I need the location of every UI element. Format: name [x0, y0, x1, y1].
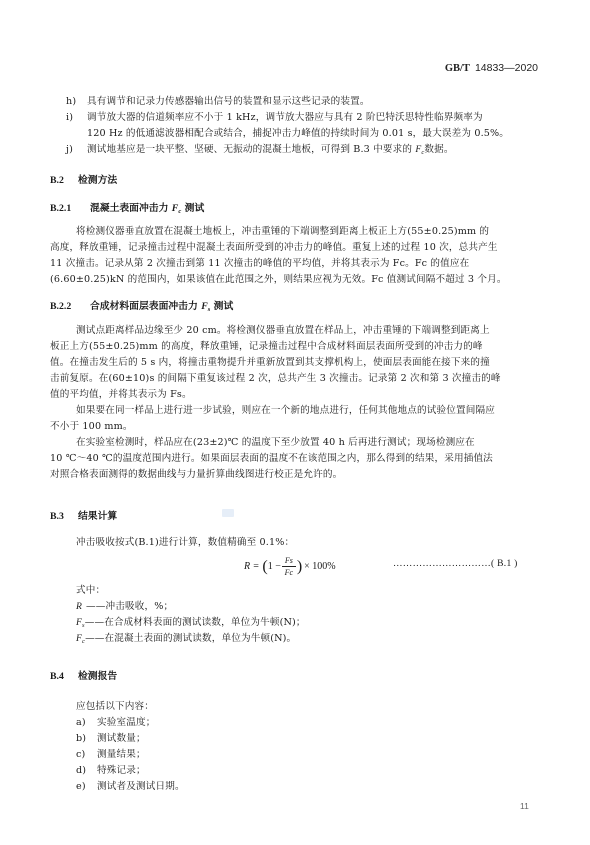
item-label: i) — [66, 112, 87, 124]
item-label: a) — [76, 717, 97, 729]
paragraph-line: 11 次撞击。记录从第 2 次撞击到第 11 次撞击的峰值的平均值，并将其表示为… — [50, 258, 469, 270]
equation-number: …………………………( B.1 ) — [393, 559, 518, 569]
section-number: B.4 — [50, 671, 78, 682]
list-item-j: j)测试地基应是一块平整、坚硬、无振动的混凝土地板，可得到 B.3 中要求的 F… — [66, 144, 454, 159]
formula-rhs: × 100% — [304, 561, 335, 572]
watermark-logo-icon — [222, 509, 234, 517]
standard-number: 14833—2020 — [475, 62, 538, 74]
numerator: Fs — [285, 556, 293, 565]
paragraph-line: 高度，释放重锤，记录撞击过程中混凝土表面所受到的冲击力的峰值。重复上述的过程 1… — [50, 242, 498, 254]
section-title: 合成材料面层表面冲击力 — [90, 301, 201, 312]
item-text: 特殊记录； — [97, 765, 146, 776]
fraction: Fs Fc — [282, 556, 296, 577]
formula-one: 1 − — [268, 561, 281, 572]
formula-lhs: R = — [244, 561, 259, 572]
list-item-i-cont: 120 Hz 的低通滤波器相配合或结合，捕捉冲击力峰值的持续时间为 0.01 s… — [87, 128, 509, 140]
report-item-a: a)实验室温度； — [76, 717, 155, 729]
item-text: 测量结果； — [97, 749, 146, 760]
section-heading-b4: B.4检测报告 — [50, 668, 117, 682]
section-title: 混凝土表面冲击力 — [90, 203, 172, 214]
section-heading-b21: B.2.1混凝土表面冲击力 Fc 测试 — [50, 200, 204, 215]
paragraph-line: 板正上方(55±0.25)mm 的高度，释放重锤，记录撞击过程中合成材料面层表面… — [50, 341, 483, 353]
paragraph-line: (6.60±0.25)kN 的范围内，如果该值在此范围之外，则结果应视为无效。F… — [50, 274, 507, 286]
symbol: R — [76, 601, 82, 612]
fraction-bar — [282, 566, 296, 567]
denominator: Fc — [285, 568, 293, 577]
item-text: 具有调节和记录力传感器输出信号的装置和显示这些记录的装置。 — [87, 96, 370, 107]
section-number: B.2.1 — [50, 203, 90, 214]
standard-prefix: GB/T — [445, 63, 470, 74]
right-paren: ) — [297, 559, 302, 575]
report-item-c: c)测量结果； — [76, 749, 146, 761]
item-text: 测试者及测试日期。 — [97, 781, 185, 792]
report-item-d: d)特殊记录； — [76, 765, 146, 777]
paragraph-line: 将检测仪器垂直放置在混凝土地板上，冲击重锤的下端调整到距离上板正上方(55±0.… — [76, 226, 489, 238]
definition: ——在混凝土表面的测试读数，单位为牛顿(N)。 — [85, 633, 296, 644]
definition: ——冲击吸收，%； — [86, 601, 173, 612]
item-label: e) — [76, 781, 97, 793]
item-text: 实验室温度； — [97, 717, 155, 728]
formula-intro: 冲击吸收按式(B.1)进行计算，数值精确至 0.1%： — [76, 537, 294, 549]
section-title: 检测方法 — [78, 175, 117, 186]
paragraph-line: 值的平均值，并将其表示为 Fs。 — [50, 389, 192, 401]
item-text: 测试数量； — [97, 733, 146, 744]
section-number: B.2 — [50, 175, 78, 186]
paragraph-line: 对照合格表面测得的数据曲线与力量折算曲线图进行校正是允许的。 — [50, 469, 342, 481]
section-title: 检测报告 — [78, 671, 117, 682]
paragraph-line: 如果要在同一样品上进行进一步试验，则应在一个新的地点进行，任何其他地点的试验位置… — [76, 405, 495, 417]
report-item-b: b)测试数量； — [76, 733, 146, 745]
document-page: GB/T14833—2020 h)具有调节和记录力传感器输出信号的装置和显示这些… — [0, 0, 590, 845]
section-heading-b2: B.2检测方法 — [50, 172, 117, 186]
variable-def-fc: Fc——在混凝土表面的测试读数，单位为牛顿(N)。 — [76, 633, 296, 648]
page-number: 11 — [520, 801, 529, 811]
formula-b1: R = ( 1 − Fs Fc ) × 100% — [244, 556, 336, 577]
item-label: j) — [66, 144, 87, 156]
where-label: 式中： — [76, 585, 105, 597]
section-title-end: 测试 — [210, 301, 233, 312]
paragraph-line: 不小于 100 mm。 — [50, 421, 133, 433]
report-item-e: e)测试者及测试日期。 — [76, 781, 185, 793]
item-label: d) — [76, 765, 97, 777]
section-title-end: 测试 — [181, 203, 204, 214]
paragraph-line: 击前复原。在(60±10)s 的间隔下重复该过程 2 次，总共产生 3 次撞击。… — [50, 373, 501, 385]
section-number: B.3 — [50, 511, 78, 522]
section-number: B.2.2 — [50, 301, 90, 312]
list-item-h: h)具有调节和记录力传感器输出信号的装置和显示这些记录的装置。 — [66, 96, 370, 108]
variable-def-r: R——冲击吸收，%； — [76, 601, 173, 613]
item-label: h) — [66, 96, 87, 108]
paragraph-line: 值。在撞击发生后的 5 s 内，将撞击重物提升并重新放置到其支撑机构上，使面层表… — [50, 357, 490, 369]
item-label: c) — [76, 749, 97, 761]
running-header: GB/T14833—2020 — [445, 62, 538, 74]
paragraph-line: 测试点距离样品边缘至少 20 cm。将检测仪器垂直放置在样品上，冲击重锤的下端调… — [76, 325, 490, 337]
section-title: 结果计算 — [78, 511, 117, 522]
item-text: 测试地基应是一块平整、坚硬、无振动的混凝土地板，可得到 B.3 中要求的 — [87, 144, 415, 155]
list-item-i: i)调节放大器的信道频率应不小于 1 kHz，调节放大器应与具有 2 阶巴特沃思… — [66, 112, 483, 124]
item-text-end: 数据。 — [424, 144, 453, 155]
definition: ——在合成材料表面的测试读数，单位为牛顿(N)； — [85, 617, 306, 628]
section-heading-b22: B.2.2合成材料面层表面冲击力 Fs 测试 — [50, 298, 233, 313]
item-text: 调节放大器的信道频率应不小于 1 kHz，调节放大器应与具有 2 阶巴特沃思特性… — [87, 112, 483, 123]
item-label: b) — [76, 733, 97, 745]
section-heading-b3: B.3结果计算 — [50, 508, 117, 522]
report-intro: 应包括以下内容： — [76, 701, 154, 713]
paragraph-line: 10 ℃～40 ℃的温度范围内进行。如果面层表面的温度不在该范围之内，那么得到的… — [50, 453, 493, 465]
paragraph-line: 在实验室检测时，样品应在(23±2)℃ 的温度下至少放置 40 h 后再进行测试… — [76, 437, 475, 449]
variable-def-fs: Fs——在合成材料表面的测试读数，单位为牛顿(N)； — [76, 617, 306, 632]
